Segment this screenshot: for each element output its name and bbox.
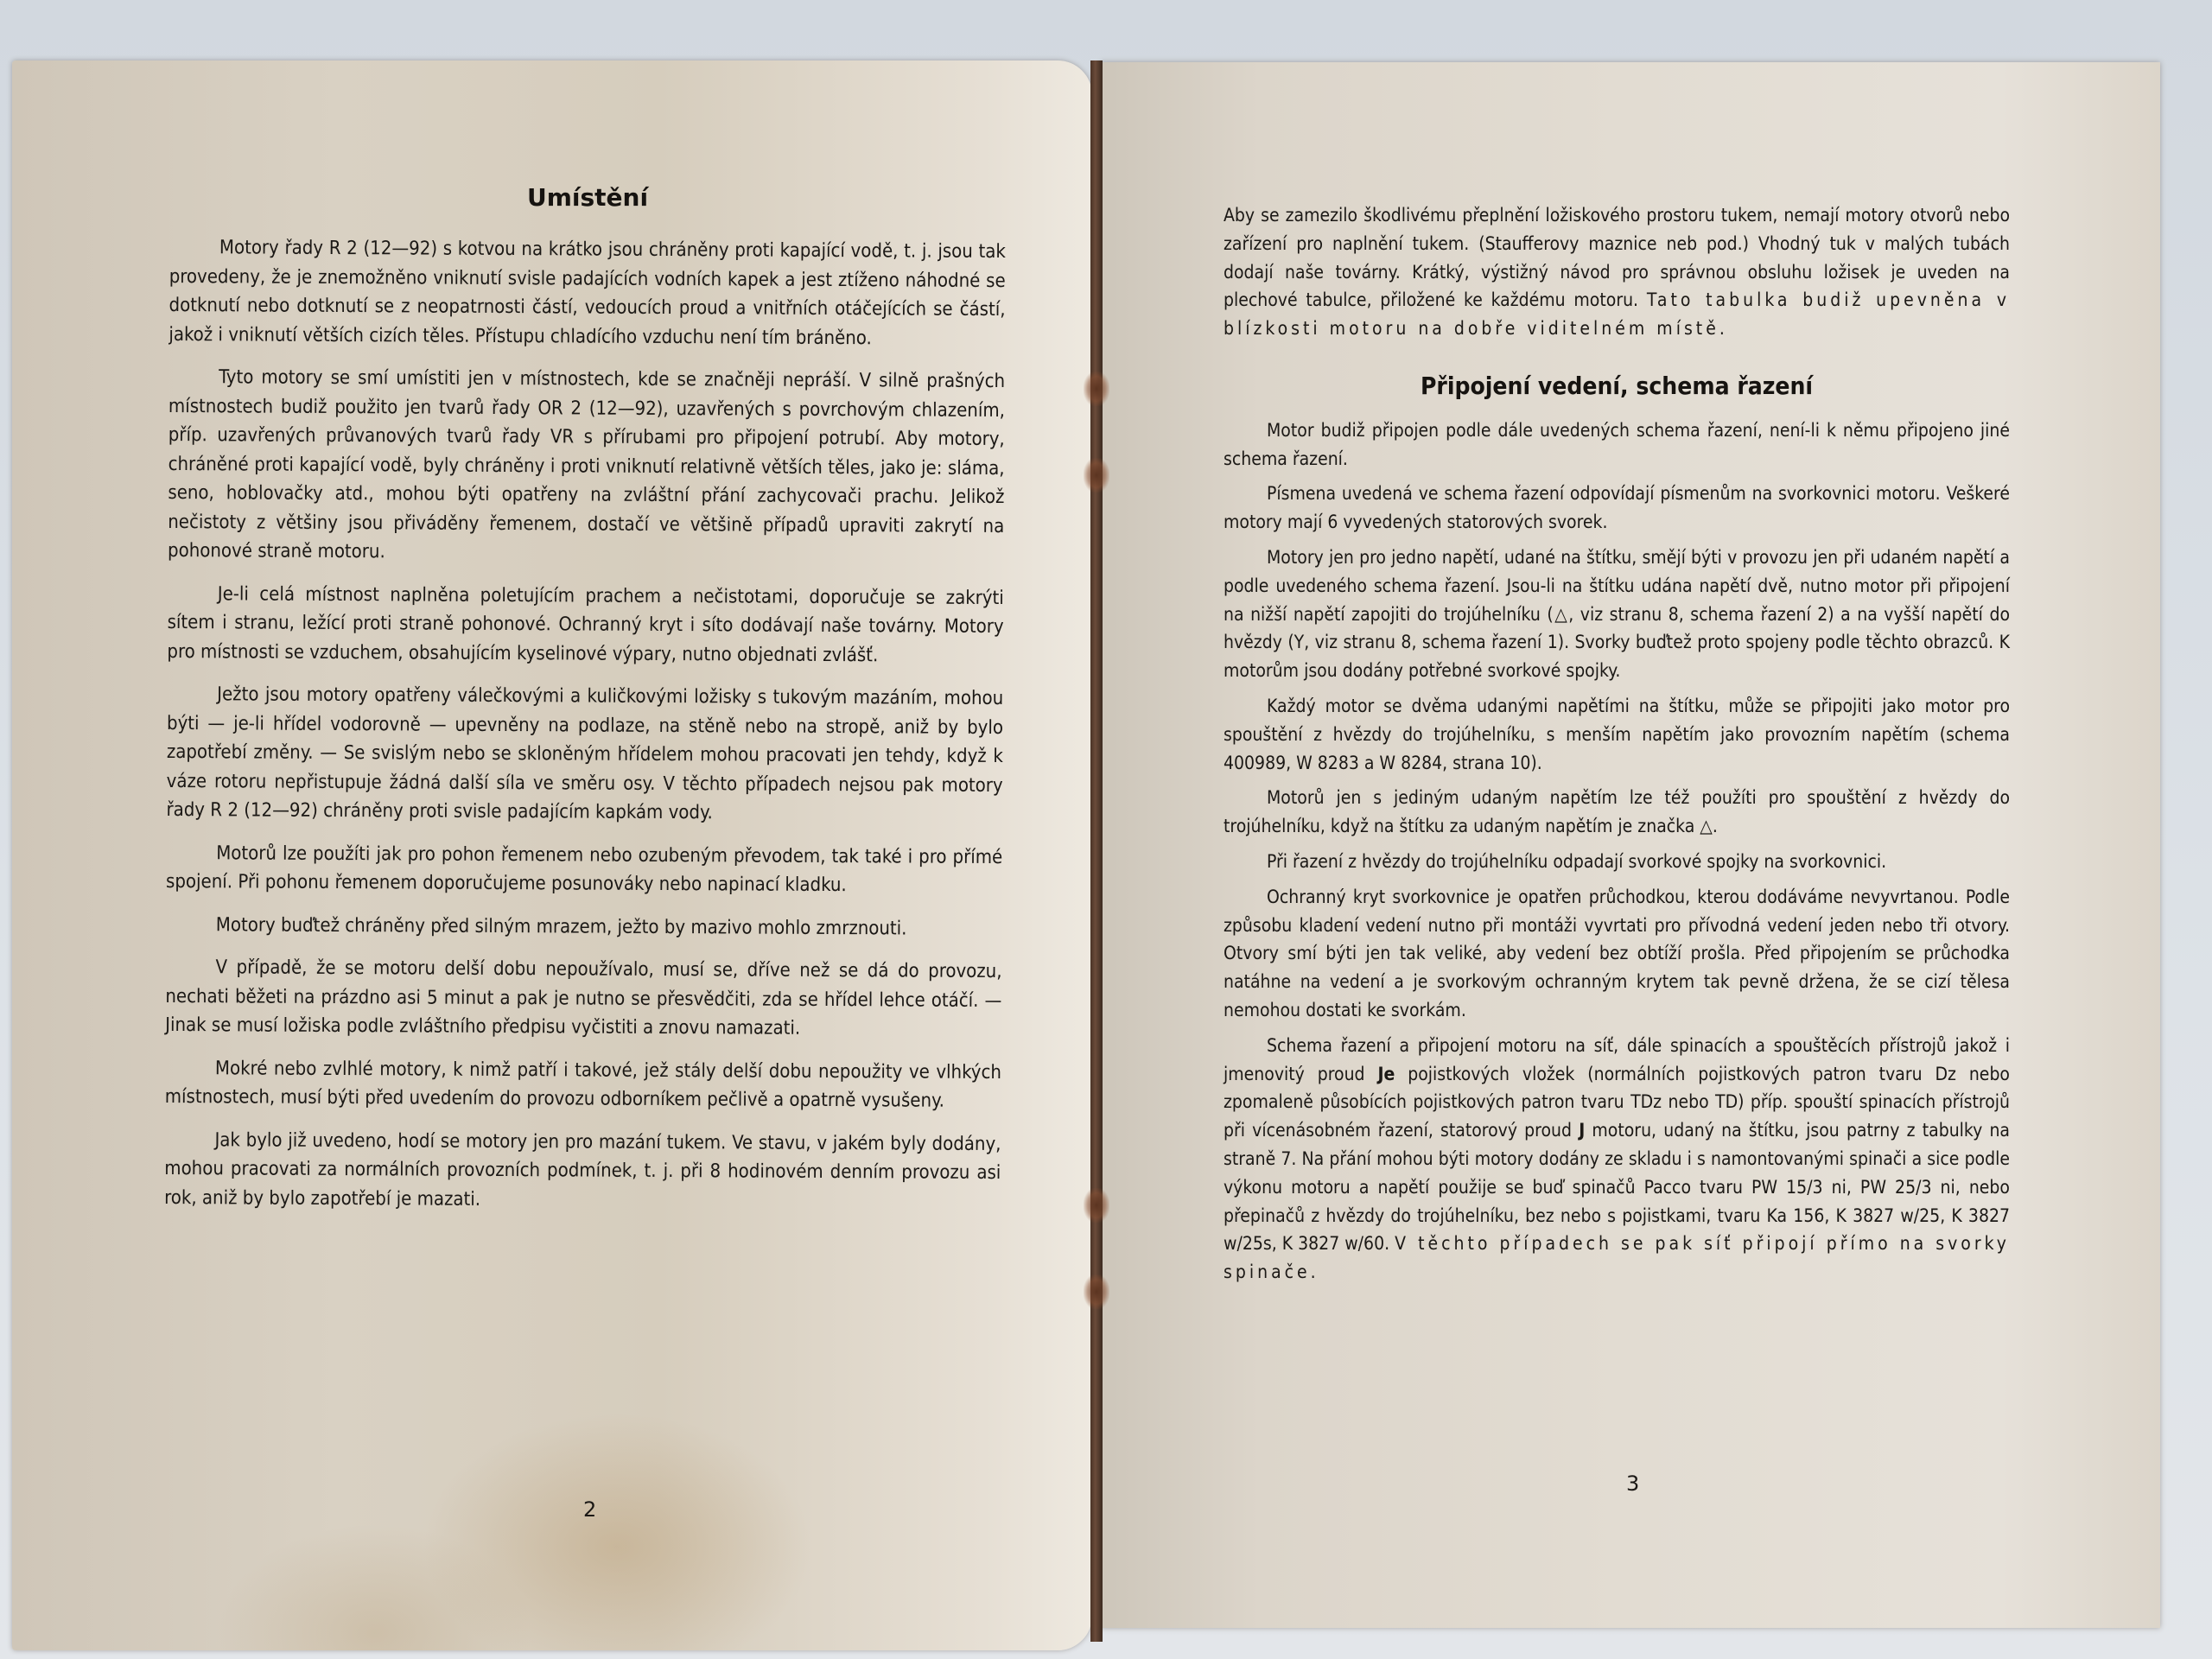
right-page-heading: Připojení vedení, schema řazení bbox=[1224, 372, 2010, 401]
staple-bottom-lower bbox=[1084, 1274, 1109, 1309]
left-page-heading: Umístění bbox=[169, 183, 1006, 212]
paragraph: Motory buďtež chráněny před silným mraze… bbox=[166, 910, 1002, 944]
page-number-right: 3 bbox=[1626, 1471, 1639, 1496]
paragraph: Motorů lze použíti jak pro pohon řemenem… bbox=[166, 838, 1002, 900]
paragraph: Motory řady R 2 (12—92) s kotvou na krát… bbox=[168, 233, 1006, 353]
paragraph: Mokré nebo zvlhlé motory, k nimž patří i… bbox=[165, 1053, 1001, 1116]
paragraph: Tyto motory se smí umístiti jen v místno… bbox=[168, 363, 1005, 570]
right-page-body: Aby se zamezilo škodlivému přeplnění lož… bbox=[1224, 201, 2010, 1294]
paragraph: Ježto jsou motory opatřeny válečkovými a… bbox=[166, 680, 1003, 829]
staple-bottom bbox=[1084, 1188, 1109, 1223]
paragraph: Při řazení z hvězdy do trojúhelníku odpa… bbox=[1224, 848, 2010, 876]
left-page-body: Motory řady R 2 (12—92) s kotvou na krát… bbox=[164, 233, 1006, 1230]
paragraph: Každý motor se dvěma udanými napětími na… bbox=[1224, 692, 2010, 777]
staple-top-lower bbox=[1084, 458, 1109, 493]
paragraph-schema: Schema řazení a připojení motoru na síť,… bbox=[1224, 1032, 2010, 1287]
staple-top bbox=[1084, 372, 1109, 406]
page-number-left: 2 bbox=[583, 1497, 596, 1522]
paragraph: Motory jen pro jedno napětí, udané na št… bbox=[1224, 543, 2010, 685]
intro-paragraph: Aby se zamezilo škodlivému přeplnění lož… bbox=[1224, 201, 2010, 343]
paragraph: Ochranný kryt svorkovnice je opatřen prů… bbox=[1224, 883, 2010, 1025]
paragraph: Je-li celá místnost naplněna poletujícím… bbox=[167, 579, 1004, 671]
book-spine bbox=[1090, 60, 1103, 1642]
symbol-j: J bbox=[1579, 1120, 1585, 1141]
paragraph: Písmena uvedená ve schema řazení odpovíd… bbox=[1224, 480, 2010, 537]
paragraph: Jak bylo již uvedeno, hodí se motory jen… bbox=[164, 1125, 1001, 1217]
paragraph: V případě, že se motoru delší dobu nepou… bbox=[165, 953, 1002, 1045]
paragraph: Motorů jen s jediným udaným napětím lze … bbox=[1224, 784, 2010, 841]
paragraph: Motor budiž připojen podle dále uvedenýc… bbox=[1224, 416, 2010, 474]
symbol-je: Je bbox=[1377, 1064, 1395, 1084]
